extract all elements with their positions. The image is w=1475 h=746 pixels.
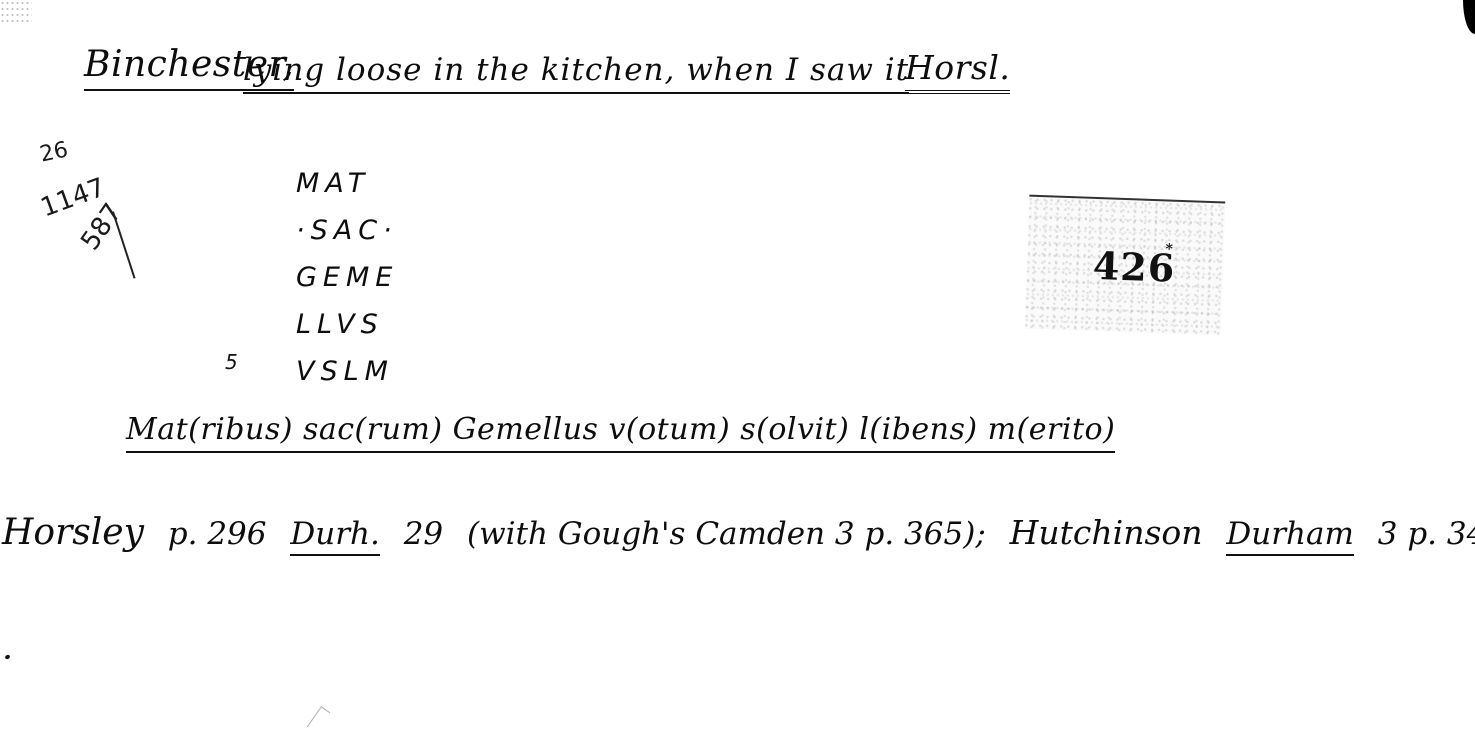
inscription-line: ·SAC· (296, 207, 398, 254)
reference-note: (with Gough's Camden 3 p. 365); (467, 516, 986, 552)
ink-dot (4, 654, 10, 660)
inscription-line: MAT (296, 160, 398, 207)
reference-number: 29 (404, 516, 443, 552)
reference-title: Durham (1226, 516, 1353, 556)
recorder-name: Horsl. (905, 48, 1010, 94)
catalogue-number: 426 (1092, 243, 1176, 291)
catalogue-mark: * (1165, 241, 1173, 257)
stray-pencil-mark (307, 706, 330, 733)
inscription-line: VSLM (296, 348, 398, 395)
line-number-marker: 5 (225, 350, 238, 374)
scan-corner-shadow (1463, 0, 1475, 34)
reference-page: 3 p. 345. (1378, 516, 1475, 552)
reference-author: Horsley (2, 512, 144, 553)
references-line: Horsley p. 296 Durh. 29 (with Gough's Ca… (2, 512, 1475, 553)
margin-number: 26 (38, 137, 71, 167)
inscription-text: MAT ·SAC· GEME LLVS VSLM (296, 160, 398, 395)
catalogue-label: 426 * (1025, 195, 1226, 336)
reference-title: Durh. (290, 516, 379, 556)
reference-page: p. 296 (168, 516, 267, 552)
scan-speckle (0, 0, 32, 22)
inscription-expansion: Mat(ribus) sac(rum) Gemellus v(otum) s(o… (126, 412, 1115, 453)
inscription-line: LLVS (296, 301, 398, 348)
inscription-line: GEME (296, 254, 398, 301)
findspot-note: lying loose in the kitchen, when I saw i… (243, 52, 909, 94)
reference-author: Hutchinson (1010, 513, 1203, 552)
